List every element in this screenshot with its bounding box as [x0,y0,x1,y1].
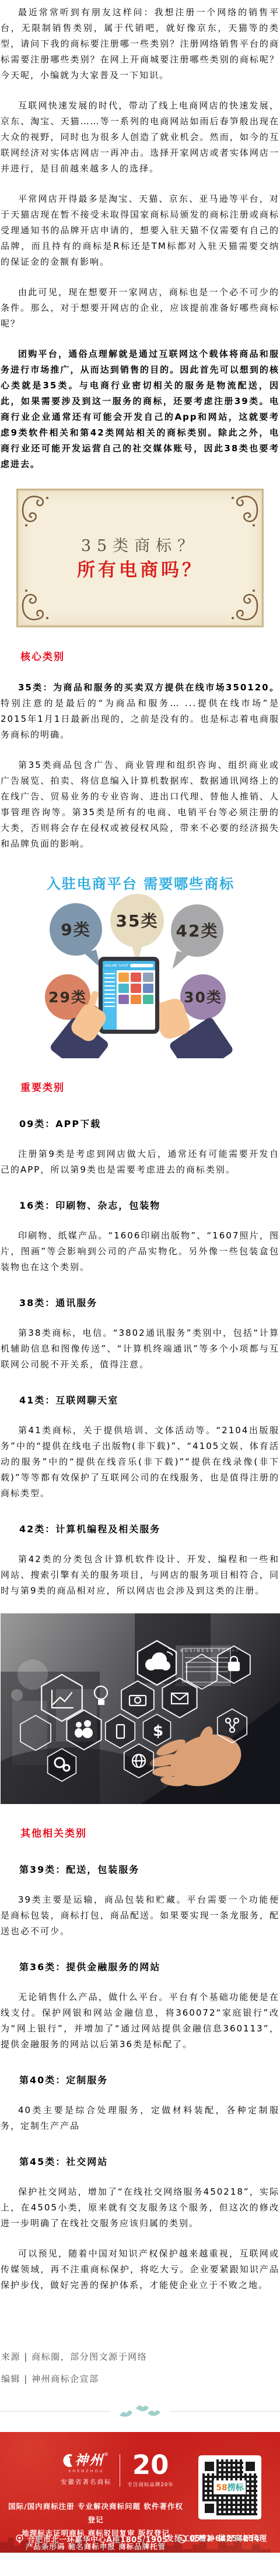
tablet-browser-bar: ONLINE SHOP [103,961,155,970]
paragraph: 40类主要是综合处理服务，定做材料装配，各种定制服务，定制生产产品 [1,2103,279,2134]
paragraph: 39类主要是运输，商品包装和贮藏。平台需要一个功能便是商标包装，商标打包，商品配… [1,1892,279,1939]
flourish-icon [20,493,61,534]
paragraph: 最近常常听到有朋友这样问：我想注册一个网络的销售平台，无限制销售类别，属于代销吧… [1,5,279,83]
shop-tile [131,995,141,1004]
paragraph: 印刷物、纸媒产品。“1606印刷出版物”、“1607照片，图片，图画”等会影响到… [1,1228,279,1275]
core-lead-rest: 特别注意的是最后的“为商品和服务… ...提供在线市场”是2015年1月1日最新… [1,698,279,740]
anniversary-caption: 专注商标品牌20年 [128,2481,174,2488]
card-question-line1: 35类商标？ [18,538,262,554]
paragraph: 可以预见，随着中国对知识产权保护越来越重视，互联网或传媒领域，再不注重商标保护，… [1,2246,279,2293]
shop-tile [131,973,141,982]
qr-label-58: 58 [216,2483,227,2493]
paragraph: 第42类的分类包含计算机软件设计、开发、编程和一些和网站、搜索引擎有关的服务项目… [1,1552,279,1599]
paragraph: 无论销售什么产品，做什么平台。平台有个基础功能便是在线支付。保护网银和网站金融信… [1,1989,279,2052]
services-line: 国际/国内商标注册 专业解决商标问题 软件著作权登记 [8,2500,183,2526]
tech-collage-image: BUSINESS TODAY [1,1613,280,1804]
section-heading-core: 核心类别 [1,650,279,665]
anniversary-number: 20 [128,2453,174,2477]
dollar-icon: $ [153,1722,164,1740]
qr-finder [202,2459,216,2473]
editor-line: 编辑 | 神州商标企宣部 [1,2371,280,2387]
bubble-label: 35类 [116,913,159,929]
trademark-classes-diagram: 入驻电商平台 需要哪些商标 9类 35类 42类 29类 30类 ONLINE … [1,876,280,1058]
qr-pattern: 58捞标 [202,2459,257,2515]
flourish-icon [219,493,260,534]
class-item-title: 09类：APP下载 [1,1116,279,1132]
qr-finder [202,2501,216,2515]
vertical-divider [120,2454,120,2487]
shop-tile [143,995,153,1004]
article-body: 最近常常听到有朋友这样问：我想注册一个网络的销售平台，无限制销售类别，属于代销吧… [0,0,280,2293]
bubble-class-42: 42类 [171,904,223,957]
flourish-icon [219,582,260,623]
shop-tile [118,995,129,1004]
bubble-class-35: 35类 [110,894,164,947]
paragraph: 第41类商标，关于提供培训、文体活动等。“2104出版服务”中的“提供在线电子出… [1,1423,279,1501]
birds-icon [118,2403,162,2419]
bubble-label: 29类 [48,989,87,1005]
brand-english: SHENZHOU [61,2469,112,2473]
section-heading-important: 重要类别 [1,1080,279,1096]
class-item-title: 第40类：定制服务 [1,2072,279,2088]
divider-line [170,2411,280,2412]
class-item-title: 41类：互联网聊天室 [1,1392,279,1408]
search-bar [130,964,153,967]
source-line: 来源 | 商标圈，部分图文源于网络 [1,2349,280,2364]
paragraph: 35类：为商品和服务的买卖双方提供在线市场350120。特别注意的是最后的“为商… [1,680,279,743]
bubble-label: 42类 [176,923,219,939]
anniversary-block: 20 专注商标品牌20年 [128,2453,174,2488]
paragraph-bold: 团购平台，通俗点理解就是通过互联网这个载体将商品和服务进行市场推广，从而达到销售… [1,346,279,472]
qr-center-label: 58捞标 [213,2480,246,2494]
brand-logo: 神州 ® SHENZHOU 安徽省著名商标 [61,2453,112,2486]
article-footer-meta: 来源 | 商标圈，部分图文源于网络 编辑 | 神州商标企宣部 [0,2349,280,2387]
brand-caption: 安徽省著名商标 [61,2477,112,2486]
paragraph: 注册第9类是考虑到网店做大后，通常还有可能需要开发自己的APP，所以第9类也是需… [1,1146,279,1178]
registered-mark: ® [104,2452,108,2457]
bubble-tail [172,951,189,972]
paragraph: 由此可见，现在想要开一家网店，商标也是一个必不可少的条件。那么，对于想要开网店的… [1,285,279,332]
shop-tile [143,984,153,993]
class-item-title: 42类：计算机编程及相关服务 [1,1521,279,1537]
flourish-icon [20,582,61,623]
section-heading-other: 其他相关类别 [1,1826,279,1842]
bubble-class-9: 9类 [50,903,102,956]
bubble-label: 30类 [184,989,222,1005]
sidebar-lines [104,973,115,1008]
class-item-title: 第45类：社交网站 [1,2154,279,2170]
bubble-label: 9类 [61,922,90,938]
brand-block: 神州 ® SHENZHOU 安徽省著名商标 20 专注商标品牌20年 [61,2453,174,2488]
class-item-title: 16类：印刷物、杂志，包装物 [1,1198,279,1213]
trademark-question-card: 35类商标？ 所有电商吗？ [16,489,264,627]
card-question-line2: 所有电商吗？ [18,563,262,578]
shop-tile [143,973,153,982]
qr-label-text: 捞标 [228,2483,244,2493]
qr-finder [243,2459,257,2473]
city-skyline [0,2531,280,2553]
divider-line [0,2411,110,2412]
paragraph: 第38类商标，电信。“3802通讯服务”类别中，包括“计算机辅助信息和图像传送”… [1,1325,279,1373]
class-item-title: 38类：通讯服务 [1,1295,279,1311]
paragraph: 第35类商品包含广告、商业管理和组织咨询、组织商业或广告展览、拍卖、将信息编入计… [1,757,279,852]
divider [0,2403,280,2419]
qr-code: 58捞标 [198,2455,261,2519]
shop-tile [131,984,141,993]
paragraph: 平常网店开得最多是淘宝、天猫、京东、亚马逊等平台，对于天猫店现在暂不接受未取得国… [1,191,279,270]
class-item-title: 第39类：配送，包装服务 [1,1862,279,1877]
paragraph: 保护社交网站，增加了“在线社交网络服务450218”，实际上，在4505小类，原… [1,2184,279,2231]
class-item-title: 第36类：提供金融服务的网站 [1,1959,279,1975]
tablet-screen: ONLINE SHOP [103,961,155,1030]
paragraph: 互联网快速发展的时代，带动了线上电商网店的快速发展，京东、淘宝、天猫……等一系列… [1,98,279,177]
shop-tile [118,984,129,993]
bottom-whitespace [0,2553,280,2576]
tablet-illustration: ONLINE SHOP [99,957,159,1034]
moon-logo-icon [61,2453,75,2468]
core-lead-bold: 35类：为商品和服务的买卖双方提供在线市场350120。 [18,682,279,693]
tablet-app-grid [117,970,155,1030]
bubble-class-30: 30类 [180,974,226,1020]
company-banner: 神州 ® SHENZHOU 安徽省著名商标 20 专注商标品牌20年 国际/国内… [0,2432,280,2553]
diagram-title: 入驻电商平台 需要哪些商标 [1,876,280,892]
shop-tile [118,973,129,982]
brand-name: 神州 [75,2453,104,2468]
